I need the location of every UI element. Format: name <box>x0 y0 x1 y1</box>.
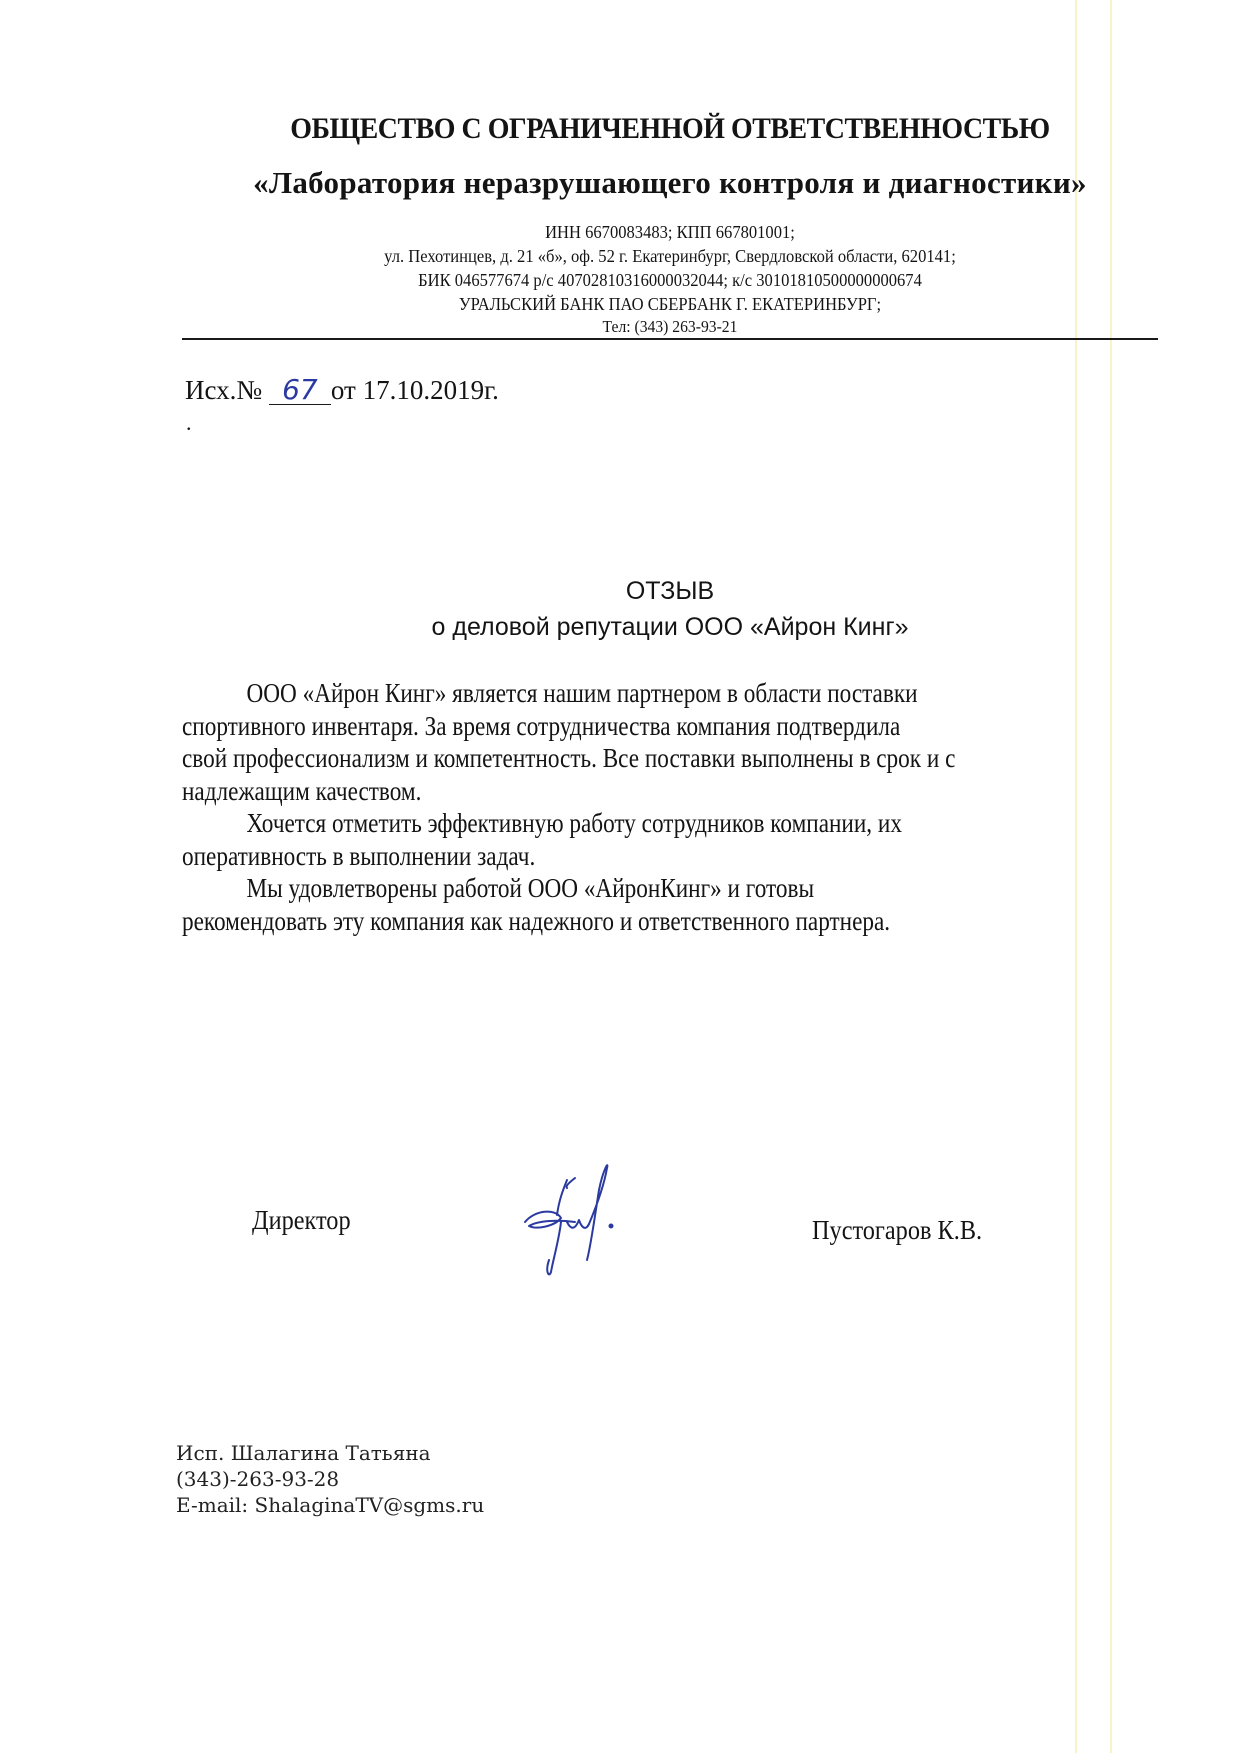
outgoing-prefix: Исх.№ <box>185 375 262 405</box>
document-subtitle: о деловой репутации ООО «Айрон Кинг» <box>180 613 1160 642</box>
executor-email: E-mail: ShalaginaTV@sgms.ru <box>176 1492 484 1518</box>
requisites-bank-name: УРАЛЬСКИЙ БАНК ПАО СБЕРБАНК Г. ЕКАТЕРИНБ… <box>238 294 1103 315</box>
executor-phone: (343)-263-93-28 <box>176 1466 484 1492</box>
letter-body: ООО «Айрон Кинг» является нашим партнеро… <box>182 677 1182 937</box>
body-line: свой профессионализм и компетентность. В… <box>182 742 1042 775</box>
requisites-address: ул. Пехотинцев, д. 21 «б», оф. 52 г. Ека… <box>238 246 1103 267</box>
body-line: Мы удовлетворены работой ООО «АйронКинг»… <box>182 872 1042 905</box>
requisites-inn-kpp: ИНН 6670083483; КПП 667801001; <box>238 222 1103 243</box>
body-line: надлежащим качеством. <box>182 775 1042 808</box>
body-line: оперативность в выполнении задач. <box>182 840 1042 873</box>
handwritten-signature-icon <box>515 1160 635 1285</box>
outgoing-number-line: Исх.№ 67от 17.10.2019г. <box>185 375 499 406</box>
requisites-phone: Тел: (343) 263-93-21 <box>238 317 1103 337</box>
body-line: рекомендовать эту компания как надежного… <box>182 905 1042 938</box>
body-line: Хочется отметить эффективную работу сотр… <box>182 807 1042 840</box>
outgoing-number-handwritten: 67 <box>269 376 331 405</box>
body-line: спортивного инвентаря. За время сотрудни… <box>182 710 1042 743</box>
executor-contact: Исп. Шалагина Татьяна (343)-263-93-28 E-… <box>176 1440 484 1518</box>
document-title: ОТЗЫВ <box>180 577 1160 606</box>
executor-name: Исп. Шалагина Татьяна <box>176 1440 484 1466</box>
signatory-name: Пустогаров К.В. <box>812 1215 982 1246</box>
requisites-bank-accounts: БИК 046577674 р/с 40702810316000032044; … <box>238 270 1103 291</box>
outgoing-date: от 17.10.2019г. <box>331 375 499 405</box>
body-line: ООО «Айрон Кинг» является нашим партнеро… <box>182 677 1042 710</box>
letterhead-divider <box>182 338 1158 340</box>
org-type-heading: ОБЩЕСТВО С ОГРАНИЧЕННОЙ ОТВЕТСТВЕННОСТЬЮ <box>214 112 1125 146</box>
signatory-role: Директор <box>252 1205 351 1236</box>
org-name-heading: «Лаборатория неразрушающего контроля и д… <box>180 165 1160 201</box>
stray-mark: . <box>186 410 192 436</box>
